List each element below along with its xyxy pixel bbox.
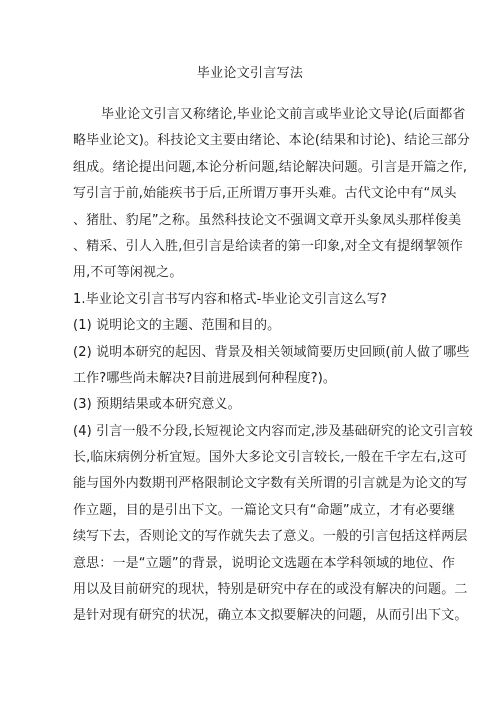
list-item-3: (3) 预期结果或本研究意义。 [73, 392, 423, 418]
list-item-4: (4) 引言一般不分段,长短视论文内容而定,涉及基础研究的论文引言较 长,临床病… [73, 419, 423, 630]
text-line: 是针对现有研究的状况，确立本文拟要解决的问题，从而引出下文。 [73, 603, 423, 629]
text-line: 工作?哪些尚未解决?目前进展到何种程度?)。 [73, 366, 423, 392]
text-line: 略毕业论文)。科技论文主要由绪论、本论(结果和讨论)、结论三部分 [73, 128, 423, 154]
text-line: 长,临床病例分析宜短。国外大多论文引言较长,一般在千字左右,这可 [73, 445, 423, 471]
intro-paragraph: 毕业论文引言又称绪论,毕业论文前言或毕业论文导论(后面都省 略毕业论文)。科技论… [73, 102, 423, 287]
text-line: 意思：一是“立题”的背景，说明论文选题在本学科领域的地位、作 [73, 551, 423, 577]
text-line: 、精采、引人入胜,但引言是给读者的第一印象,对全文有提纲挈领作 [73, 234, 423, 260]
document-body: 毕业论文引言又称绪论,毕业论文前言或毕业论文导论(后面都省 略毕业论文)。科技论… [73, 102, 423, 630]
text-line: 用,不可等闲视之。 [73, 260, 423, 286]
text-line: 续写下去，否则论文的写作就失去了意义。一般的引言包括这样两层 [73, 524, 423, 550]
text-line: 组成。绪论提出问题,本论分析问题,结论解决问题。引言是开篇之作, [73, 155, 423, 181]
text-line: (4) 引言一般不分段,长短视论文内容而定,涉及基础研究的论文引言较 [73, 419, 423, 445]
text-line: 、猪肚、豹尾”之称。虽然科技论文不强调文章开头象凤头那样俊美 [73, 208, 423, 234]
section-heading-text: 1.毕业论文引言书写内容和格式-毕业论文引言这么写? [73, 287, 423, 313]
text-line: (2) 说明本研究的起因、背景及相关领域简要历史回顾(前人做了哪些 [73, 340, 423, 366]
section-heading: 1.毕业论文引言书写内容和格式-毕业论文引言这么写? [73, 287, 423, 313]
text-line: 毕业论文引言又称绪论,毕业论文前言或毕业论文导论(后面都省 [73, 102, 423, 128]
text-line: (1) 说明论文的主题、范围和目的。 [73, 313, 423, 339]
list-item-2: (2) 说明本研究的起因、背景及相关领域简要历史回顾(前人做了哪些 工作?哪些尚… [73, 340, 423, 393]
document-title: 毕业论文引言写法 [0, 65, 500, 83]
text-line: 能与国外内数期刊严格限制论文字数有关所谓的引言就是为论文的写 [73, 471, 423, 497]
text-line: 写引言于前,始能疾书于后,正所谓万事开头难。古代文论中有“凤头 [73, 181, 423, 207]
list-item-1: (1) 说明论文的主题、范围和目的。 [73, 313, 423, 339]
text-line: 作立题，目的是引出下文。一篇论文只有“命题”成立，才有必要继 [73, 498, 423, 524]
text-line: 用以及目前研究的现状，特别是研究中存在的或没有解决的问题。二 [73, 577, 423, 603]
text-line: (3) 预期结果或本研究意义。 [73, 392, 423, 418]
